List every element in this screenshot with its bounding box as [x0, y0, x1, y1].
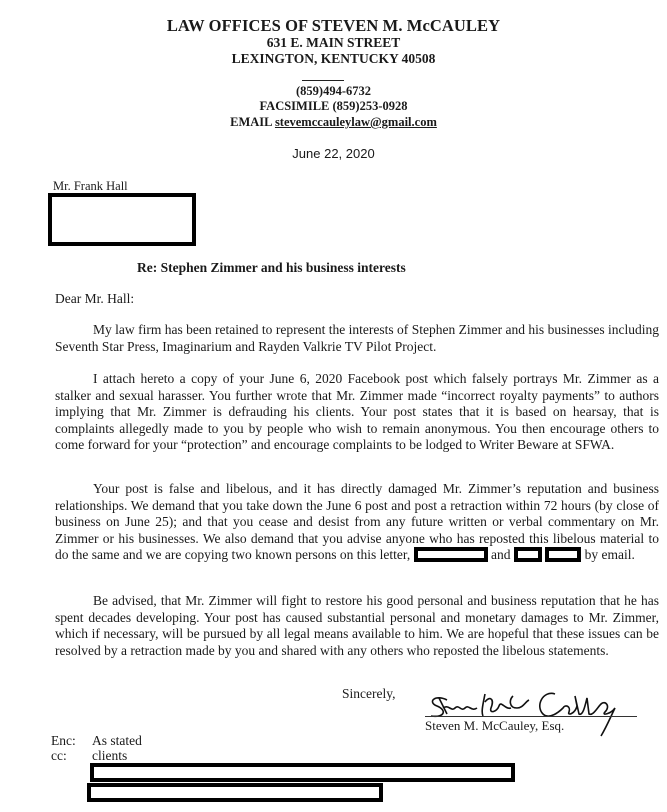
redacted-cc-line-1: [90, 763, 515, 782]
cc-label: cc:: [51, 748, 67, 764]
paragraph-1: My law firm has been retained to represe…: [55, 322, 659, 355]
fax-number: (859)253-0928: [333, 99, 408, 113]
signer-name: Steven M. McCauley, Esq.: [425, 718, 564, 734]
firm-email: EMAIL stevemccauleylaw@gmail.com: [0, 115, 667, 130]
email-link[interactable]: stevemccauleylaw@gmail.com: [275, 115, 437, 129]
redacted-recipient-address: [48, 193, 196, 246]
letterhead-divider: [302, 80, 344, 81]
salutation: Dear Mr. Hall:: [55, 291, 134, 307]
subject-line: Re: Stephen Zimmer and his business inte…: [137, 260, 406, 276]
paragraph-4: Be advised, that Mr. Zimmer will fight t…: [55, 593, 659, 659]
paragraph-3: Your post is false and libelous, and it …: [55, 481, 659, 564]
firm-fax: FACSIMILE (859)253-0928: [0, 99, 667, 114]
firm-phone: (859)494-6732: [0, 84, 667, 99]
paragraph-3-end: by email.: [585, 547, 635, 562]
paragraph-2: I attach hereto a copy of your June 6, 2…: [55, 371, 659, 454]
cc-value: clients: [92, 748, 127, 764]
enclosure-label: Enc:: [51, 733, 76, 749]
enclosure-value: As stated: [92, 733, 142, 749]
paragraph-3-and: and: [491, 547, 511, 562]
fax-label: FACSIMILE: [259, 99, 329, 113]
redacted-cc-person-2a: [514, 547, 542, 562]
letter-date: June 22, 2020: [0, 146, 667, 161]
closing: Sincerely,: [342, 686, 395, 702]
redacted-cc-person-2b: [545, 547, 581, 562]
firm-city: LEXINGTON, KENTUCKY 40508: [0, 51, 667, 67]
redacted-cc-line-2: [87, 783, 383, 802]
firm-name: LAW OFFICES OF STEVEN M. McCAULEY: [0, 16, 667, 36]
recipient-name: Mr. Frank Hall: [53, 179, 128, 194]
email-label: EMAIL: [230, 115, 272, 129]
firm-street: 631 E. MAIN STREET: [0, 35, 667, 51]
redacted-cc-person-1: [414, 547, 488, 562]
signature-line: [425, 716, 637, 717]
